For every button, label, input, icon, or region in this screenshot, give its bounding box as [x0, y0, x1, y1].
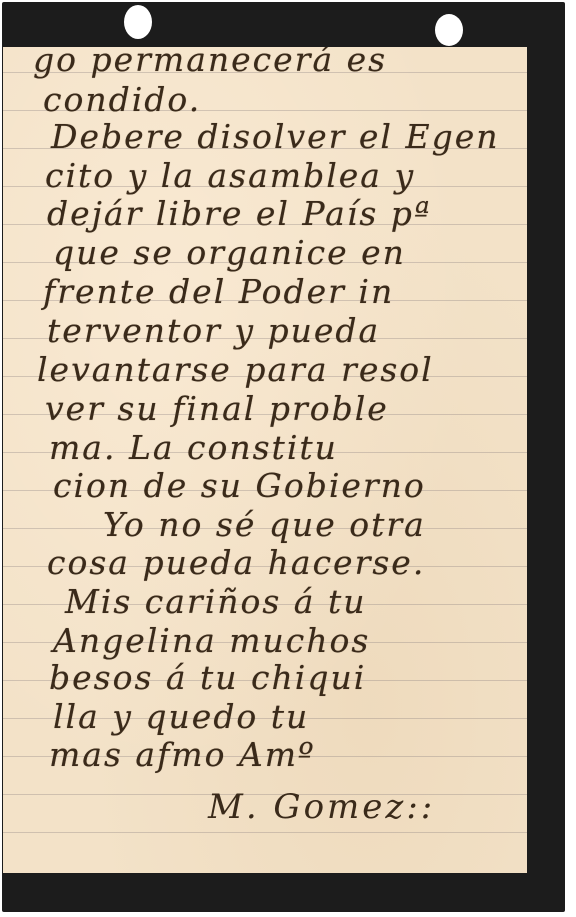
- letter-line: lla y quedo tu: [3, 698, 527, 736]
- letter-line: dejár libre el País pª: [3, 195, 527, 233]
- punch-hole-left: [124, 5, 152, 39]
- letter-line: Angelina muchos: [3, 622, 527, 660]
- letter-line: Yo no sé que otra: [3, 506, 527, 544]
- letter-line: besos á tu chiqui: [3, 659, 527, 697]
- letter-line: Mis cariños á tu: [3, 583, 527, 621]
- letter-line: mas afmo Amº: [3, 736, 527, 774]
- letter-line: ma. La constitu: [3, 429, 527, 467]
- letter-line: cito y la asamblea y: [3, 157, 527, 195]
- letter-line: condido.: [3, 81, 527, 119]
- letter-line: ver su final proble: [3, 390, 527, 428]
- letter-line: cion de su Gobierno: [3, 467, 527, 505]
- letter-line: cosa pueda hacerse.: [3, 544, 527, 582]
- letter-line: terventor y pueda: [3, 312, 527, 350]
- signature: M. Gomez::: [3, 787, 527, 827]
- letter-line: levantarse para resol: [3, 351, 527, 389]
- punch-hole-right: [435, 14, 463, 46]
- letter-paper: go permanecerá es condido. Debere disolv…: [3, 47, 527, 873]
- letter-line: frente del Poder in: [3, 273, 527, 311]
- letter-line: Debere disolver el Egen: [3, 118, 527, 156]
- letter-line: que se organice en: [3, 234, 527, 272]
- letter-line: go permanecerá es: [3, 47, 527, 79]
- ruled-line: [3, 832, 527, 833]
